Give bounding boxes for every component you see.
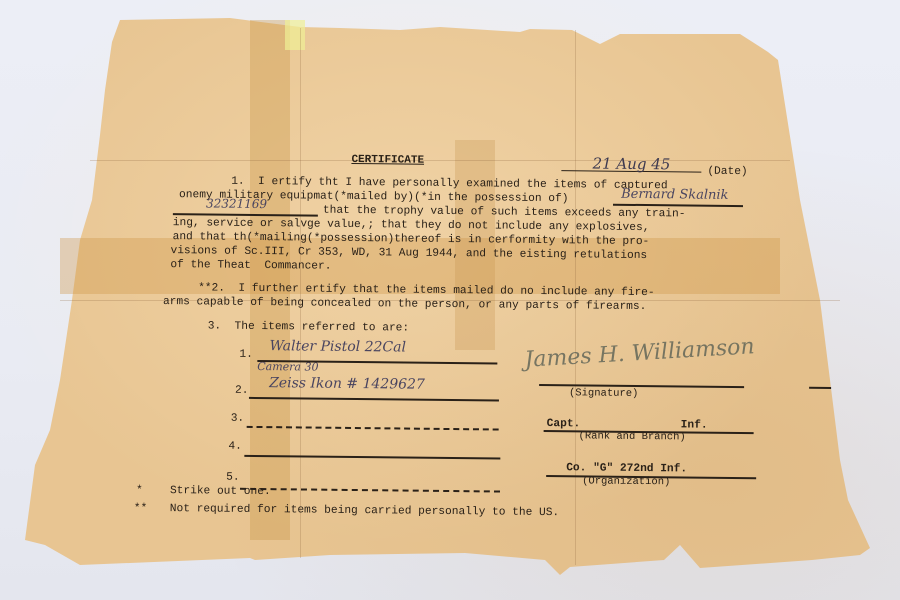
footnote-text: Not required for items being carried per… xyxy=(170,502,560,520)
date-handwritten: 21 Aug 45 xyxy=(561,156,701,172)
footnote-text: Strike out one. xyxy=(170,484,271,499)
item-underline xyxy=(240,488,500,493)
item-underline xyxy=(247,426,499,431)
item-number: 1. xyxy=(239,348,253,362)
item-number: 3. xyxy=(231,412,245,426)
signature-underline-tail xyxy=(809,387,831,389)
para3-intro: 3. The items referred to are: xyxy=(208,319,410,335)
item-number: 4. xyxy=(228,440,242,454)
item-number: 2. xyxy=(235,384,249,398)
document-title: CERTIFICATE xyxy=(351,153,424,168)
serial-handwritten: 32321169 xyxy=(206,196,267,211)
item-value-handwritten: Walter Pistol 22Cal xyxy=(269,339,406,354)
signature-label: (Signature) xyxy=(569,386,638,401)
item-value-handwritten: Zeiss Ikon # 1429627 xyxy=(269,376,425,392)
footnote-mark: * xyxy=(136,484,143,498)
certificate-text: CERTIFICATE 21 Aug 45 (Date) 1. I ertify… xyxy=(0,0,900,600)
footnote-mark: ** xyxy=(134,502,148,516)
item-note-handwritten: Camera 30 xyxy=(257,360,318,375)
item-number: 5. xyxy=(226,471,240,485)
item-underline xyxy=(249,397,499,402)
date-label: (Date) xyxy=(707,165,747,179)
signature-handwritten: James H. Williamson xyxy=(524,340,755,368)
rank-label: (Rank and Branch) xyxy=(579,429,686,444)
possessor-handwritten: Bernard Skalnik xyxy=(621,188,729,203)
item-underline xyxy=(244,455,500,460)
para1-line: of the Theat Commancer. xyxy=(170,258,331,274)
organization-label: (Organization) xyxy=(582,474,670,489)
document-sheet: CERTIFICATE 21 Aug 45 (Date) 1. I ertify… xyxy=(0,0,900,600)
